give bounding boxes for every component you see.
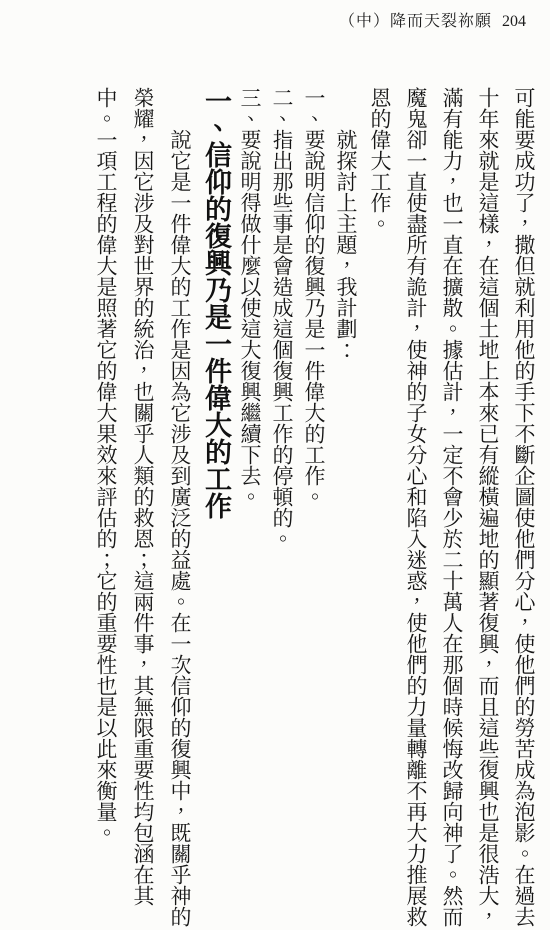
list-item-2: 二、指出那些事是會造成這個復興工作的停頓的。 [266, 87, 298, 929]
list-item-3: 三、要說明得做什麼以使這大復興繼續下去。 [234, 87, 266, 929]
paragraph-opening: 可能要成功了，撒但就利用他的手下不斷企圖使他們分心，使他們的勞苦成為泡影。在過去… [362, 87, 542, 929]
text-body: 可能要成功了，撒但就利用他的手下不斷企圖使他們分心，使他們的勞苦成為泡影。在過去… [87, 87, 542, 929]
list-item-1: 一、要說明信仰的復興乃是一件偉大的工作。 [298, 87, 330, 929]
section-heading: 一、信仰的復興乃是一件偉大的工作 [198, 87, 234, 929]
page-number: 204 [502, 13, 526, 30]
paragraph-body: 說它是一件偉大的工作是因為它涉及到廣泛的益處。在一次信仰的復興中，既關乎神的榮耀… [87, 87, 198, 929]
header-title: （中）降而天裂祢願 [339, 13, 492, 30]
book-page: （中）降而天裂祢願204 可能要成功了，撒但就利用他的手下不斷企圖使他們分心，使… [0, 0, 550, 930]
paragraph-intro: 就探討上主題，我計劃： [330, 87, 362, 929]
page-header: （中）降而天裂祢願204 [339, 8, 526, 31]
